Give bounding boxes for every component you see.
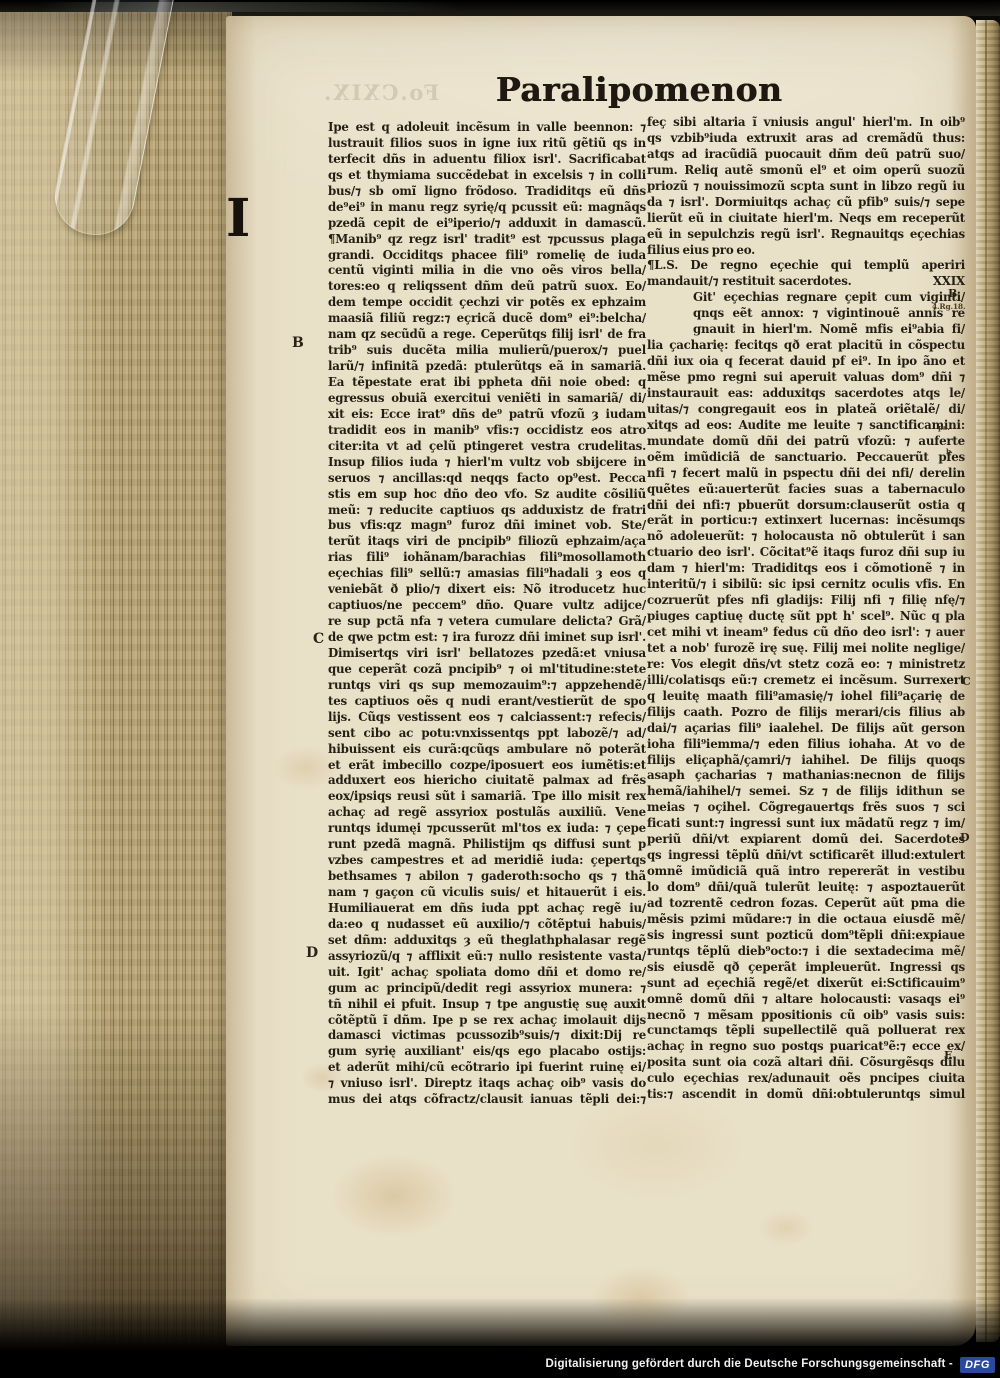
text-line: sis eiusdẽ qð çeperãt impleuerũt. Ingres… <box>647 960 965 976</box>
text-line: nam ⁊ gaçon cũ viculis suis/ et hitauerũ… <box>328 885 646 901</box>
text-line: ctuario deo isrl'. Cõcitat⁹ẽ itaqs furoz… <box>647 545 965 561</box>
bottom-shadow <box>0 1298 1000 1354</box>
text-line: eox/ipsiqs reusi sũt i samariã. Tpe illo… <box>328 789 646 805</box>
text-line: mẽsis pzimi mũdare:⁊ in die octaua eiusd… <box>647 912 965 928</box>
text-line: hemã/iahihel/⁊ semei. Sz ⁊ de filijs idi… <box>647 784 965 800</box>
margin-letter-right-b: B <box>948 288 957 299</box>
text-line: uit. Igit' achaç spoliata domo dñi et do… <box>328 965 646 981</box>
text-line: lustrauit filios suos in igne iux ritũ g… <box>328 136 646 152</box>
text-line: feç sibi altaria ĩ vniusis angul' hierl'… <box>647 115 965 131</box>
text-line: assyriozũ/q ⁊ afflixit eũ:⁊ nullo resist… <box>328 949 646 965</box>
text-line: gnauit in hierl'm. Nomẽ mfis ei⁹abia fi/ <box>647 322 965 338</box>
text-line: posita sunt oia cozã altari dñi. Cõsurgẽ… <box>647 1055 965 1071</box>
text-line: meias ⁊ oçihel. Cõgregauertqs frẽs suos … <box>647 800 965 816</box>
text-line: instaurauit eas: adduxitqs sacerdotes at… <box>647 386 965 402</box>
text-line: que ceperãt cozã pncipib⁹ ⁊ oi ml'titudi… <box>328 662 646 678</box>
text-line: Humiliauerat em dñs iuda ppt achaç regẽ … <box>328 901 646 917</box>
text-line: maasiã filiũ regz:⁊ eçricã ducẽ dom⁹ ei⁹… <box>328 311 646 327</box>
text-line: terfecit dñs in aduentu filiox isrl'. Sa… <box>328 152 646 168</box>
text-line: omnẽ imũdiciã quã intro repererãt in ves… <box>647 864 965 880</box>
decorated-initial: I <box>226 196 270 242</box>
text-line: tet a nob' furozẽ irę suę. Filij mei nol… <box>647 641 965 657</box>
text-line: uitas/⁊ congregauit eos in plateã oriẽta… <box>647 402 965 418</box>
text-line: hibuissent eis curã:qcũqs ambulare nõ po… <box>328 742 646 758</box>
text-line: omnẽ domũ dñi ⁊ altare holocausti: vasaq… <box>647 992 965 1008</box>
text-line: captiuos/ne peccem⁹ dño. Quare vultz adi… <box>328 598 646 614</box>
text-line: culo eçechias rex/adunauit oẽs pncipes c… <box>647 1071 965 1087</box>
digitized-book-scan: Fo.CXIX. Paralipomenon Ipe est q adoleui… <box>0 0 1000 1378</box>
text-line: mundate domũ dñi dei patrũ vfozũ: ⁊ aufe… <box>647 434 965 450</box>
text-line: nfi ⁊ fecert malũ in pspectu dñi dei nfi… <box>647 466 965 482</box>
text-line: veniebãt ð plio/⁊ dixert eis: Nõ itroduc… <box>328 582 646 598</box>
text-line: dem tempe occidit çechzi vir potẽs ex ep… <box>328 295 646 311</box>
margin-note-psalm: ps. <box>938 424 949 432</box>
chapter29-body-block: lia çacharię: fecitqs qð erat placitũ in… <box>647 338 965 1103</box>
text-line: lijs. Cũqs vestissent eos ⁊ calciassent:… <box>328 710 646 726</box>
text-line: pzedã cepit de ei⁹iperio/⁊ adduxit in da… <box>328 216 646 232</box>
text-line: erãt in porticu:⁊ extinxert lucernas: in… <box>647 513 965 529</box>
text-line: sunt ad eçechiã regẽ/et dixerũt ei:Sctif… <box>647 976 965 992</box>
text-line: ioha fili⁹iemma/⁊ eden filius iohaha. At… <box>647 737 965 753</box>
text-line: lo dom⁹ dñi/quã tulerũt leuitę: ⁊ aspozt… <box>647 880 965 896</box>
text-line: oẽm imũdiciã de sanctuario. Peccauerũt p… <box>647 450 965 466</box>
text-line: Dimisertqs viri isrl' bellatozes pzedã:e… <box>328 646 646 662</box>
text-line: piuges captiuę ductę sũt ppt h' scel⁹. N… <box>647 609 965 625</box>
text-line: bus/⁊ sb omĩ ligno frõdoso. Tradiditqs e… <box>328 184 646 200</box>
text-line: et aderũt mihi/cũ ecõtrario ipi fuerint … <box>328 1060 646 1076</box>
text-line: cozruerũt pfes nfi gladijs: Filij nfi ⁊ … <box>647 593 965 609</box>
text-line: interitũ/⁊ i sibilũ: sic ipsi cernitz oc… <box>647 577 965 593</box>
text-line: mẽse pmo regni sui aperuit valuas dom⁹ d… <box>647 370 965 386</box>
text-line: grandi. Occiditqs phacee fili⁹ romelię d… <box>328 248 646 264</box>
text-line: et erãt imbecillo cozpe/iposuert eos ium… <box>328 758 646 774</box>
text-line: damasci victimas pcussozib⁹suis/⁊ dixit:… <box>328 1028 646 1044</box>
text-line: mus dei atqs cõfractz/clausit ianuas tẽp… <box>328 1092 646 1108</box>
margin-letter-b: B <box>292 336 304 350</box>
text-line: Ipe est q adoleuit incẽsum in valle been… <box>328 120 646 136</box>
text-line: dñi iux oia q fecerat dauid pf ei⁹. In i… <box>647 354 965 370</box>
text-line: runtqs idumęi ⁊pcusserũt ml'tos ex iuda:… <box>328 821 646 837</box>
text-line: cunctamqs tẽpli supellectilẽ quã polluer… <box>647 1023 965 1039</box>
text-line: gum ac principũ/dedit regi assyriox mune… <box>328 981 646 997</box>
text-line: q leuitę maath fili⁹amasię/⁊ iohel fili⁹… <box>647 689 965 705</box>
text-line: de qwe pctm est: ⁊ ira furozz dñi iminet… <box>328 630 646 646</box>
book-page: Fo.CXIX. Paralipomenon Ipe est q adoleui… <box>226 16 976 1346</box>
text-line: terũt itaqs viri de pncipib⁹ filiozũ eph… <box>328 534 646 550</box>
text-line: sent cibo ac potu:vnxissentqs ppt labozẽ… <box>328 726 646 742</box>
text-line: Ea tẽpestate erat ibi ppheta dñi noie ob… <box>328 375 646 391</box>
text-line: vzbes campestres et ad meridiẽ iuda: çep… <box>328 853 646 869</box>
text-line: Git' eçechias regnare çepit cum viginti/ <box>647 290 965 306</box>
text-line: achaç ad regẽ assyriox postulãs auxiliũ.… <box>328 805 646 821</box>
text-line: centũ viginti milia in die vno oẽs viros… <box>328 263 646 279</box>
text-line: qs vzbib⁹iuda extruxit aras ad cremãdũ t… <box>647 131 965 147</box>
text-line: trib⁹ suis ducẽta milia mulierũ/puerox/⁊… <box>328 343 646 359</box>
text-line: tores:eo q reliqssent dñm deũ patrũ suox… <box>328 279 646 295</box>
text-line: filijs caath. Pozro de filijs merari/cis… <box>647 705 965 721</box>
text-line: dam ⁊ hierl'm: Tradiditqs eos i cõmotion… <box>647 561 965 577</box>
margin-letter-d: D <box>306 946 318 960</box>
text-line: rias fili⁹ iohãnam/barachias fili⁹mosoll… <box>328 550 646 566</box>
page-title: Paralipomenon <box>494 72 784 108</box>
text-line: Insup filios iuda ⁊ hierl'm vultz vob sb… <box>328 455 646 471</box>
text-line: stis em sup hoc dño deo vfo. Sz audite c… <box>328 487 646 503</box>
text-line: filius eius pro eo. <box>647 243 965 259</box>
text-line: qs ingressi tẽplũ dñi/vt sctificarẽt ill… <box>647 848 965 864</box>
text-line: da ⁊ isrl'. Dormiuitqs achaç cũ pfib⁹ su… <box>647 195 965 211</box>
margin-letter-right-d: D <box>960 832 970 843</box>
text-line: tis:⁊ ascendit in domũ dñi:obtuleruntqs … <box>647 1087 965 1103</box>
text-line: xitqs ad eos: Audite me leuite ⁊ sanctif… <box>647 418 965 434</box>
text-line: bethsames ⁊ abilon ⁊ gaderoth:socho qs ⁊… <box>328 869 646 885</box>
showthrough-folio-number: Fo.CXIX. <box>322 82 439 103</box>
dfg-logo: DFG <box>960 1357 995 1373</box>
text-line: runtqs viri qs sup memozauim⁹:⁊ appzehen… <box>328 678 646 694</box>
text-line: tradidit eos in manib⁹ vfis:⁊ occidistz … <box>328 423 646 439</box>
text-line: ⁊ vniuso isrl'. Direptz itaqs achaç oib⁹… <box>328 1076 646 1092</box>
text-line: cõtẽptũ ĩ dñm. Ipe p se rex achaç imolau… <box>328 1013 646 1029</box>
margin-note-b: b <box>946 448 951 456</box>
page-crease <box>985 20 987 1342</box>
text-line: qnqs eẽt annox: ⁊ vigintinouẽ annis re <box>647 306 965 322</box>
text-line: xit eis: Ecce irat⁹ dñs de⁹ patrũ vfozũ … <box>328 407 646 423</box>
text-line: asaph çacharias ⁊ mathanias:necnon de fi… <box>647 768 965 784</box>
text-line: ¶Manib⁹ qz regz isrl' tradit⁹ est ⁊pcuss… <box>328 232 646 248</box>
text-line: periũ dñi/vt expiarent domũ dei. Sacerdo… <box>647 832 965 848</box>
text-line: lierũt eũ in ciuitate hierl'm. Neqs em r… <box>647 211 965 227</box>
text-line: tes captiuos oẽs q nudi erant/vestierũt … <box>328 694 646 710</box>
text-line: lia çacharię: fecitqs qð erat placitũ in… <box>647 338 965 354</box>
text-line: egressus obuiã exercitui veniẽti in sama… <box>328 391 646 407</box>
text-line: dñi dei nfi:⁊ pbuerũt dorsum:clauserũt o… <box>647 498 965 514</box>
text-column-left: Ipe est q adoleuit incẽsum in valle been… <box>328 120 646 1108</box>
text-line: qs et thymiama succẽdebat in excelsis ⁊ … <box>328 168 646 184</box>
text-line: quẽtes eũ:auerterũt facies suas a tabern… <box>647 482 965 498</box>
text-line: sis ingressi sunt pozticũ dom⁹tẽpli dñi:… <box>647 928 965 944</box>
text-line: gum syrię auxiliant' eis/qs ego placabo … <box>328 1044 646 1060</box>
chapter-heading-line1: ¶L.S. De regno eçechie qui templũ aperir… <box>647 258 965 274</box>
text-column-right: feç sibi altaria ĩ vniusis angul' hierl'… <box>647 115 965 1103</box>
text-line: nam qz secũdũ a rege. Ceperũtqs filij is… <box>328 327 646 343</box>
text-line: runt pzedã magnã. Philistijm qs diffusi … <box>328 837 646 853</box>
text-line: tñ nihil ei pfuit. Insup ⁊ tpe angustię … <box>328 997 646 1013</box>
text-line: rum. Reliq autẽ smonũ el⁹ et oim operũ s… <box>647 163 965 179</box>
text-line: priozũ ⁊ nouissimozũ scpta sunt in libzo… <box>647 179 965 195</box>
text-line: de⁹ei⁹ in manu regz syrię/q pcussit eũ: … <box>328 200 646 216</box>
text-line: bus vfis:qz magn⁹ furoz dñi iminet vob. … <box>328 518 646 534</box>
text-line: ficati sunt:⁊ ingressi sunt iux mãdatũ r… <box>647 816 965 832</box>
text-line: da:eo q nudasset eũ auxilio/⁊ cõtẽptui h… <box>328 917 646 933</box>
margin-letter-right-e: E <box>944 1050 952 1061</box>
text-line: achaç in regno suo postqs puaricat⁹ẽ:⁊ e… <box>647 1039 965 1055</box>
text-line: necnõ ⁊ mẽsam ppositionis cũ oib⁹ vasis … <box>647 1008 965 1024</box>
text-line: re sup pctã nfa ⁊ vetera cumulare delict… <box>328 614 646 630</box>
dfg-credit-text: Digitalisierung gefördert durch die Deut… <box>546 1359 953 1371</box>
text-line: meũ: ⁊ reducite captiuos qs adduxistz de… <box>328 503 646 519</box>
digitization-banner: Digitalisierung gefördert durch die Deut… <box>0 1352 1000 1378</box>
text-line: atqs ad iracũdiã puocauit dñm deũ patrũ … <box>647 147 965 163</box>
text-line: seruos ⁊ ancillas:qd neqqs facto op⁹est.… <box>328 471 646 487</box>
text-line: dai/⁊ açarias fili⁹ iaalehel. De filijs … <box>647 721 965 737</box>
text-line: adduxert eos hiericho ciuitatẽ palmax ad… <box>328 773 646 789</box>
text-line: ad tozrentẽ cedron fozas. Ceperũt aũt pm… <box>647 896 965 912</box>
text-line: runtqs tẽplũ dieb⁹octo:⁊ i die sextadeci… <box>647 944 965 960</box>
text-line: nõ adoleuerũt: ⁊ holocausta nõ obtulerũt… <box>647 529 965 545</box>
margin-letter-c: C <box>313 632 324 646</box>
text-line: eũ in sepulchzis regũ isrl'. Regnauitqs … <box>647 227 965 243</box>
margin-note-cross-reference: 4.Rg.18. <box>932 303 965 311</box>
text-line: re: Vos elegit dñs/vt stetz cozã eo: ⁊ m… <box>647 657 965 673</box>
text-line: set dñm: adduxitqs ȝ eũ theglathphalasar… <box>328 933 646 949</box>
chapter-heading-text: mandauit/⁊ restituit sacerdotes. <box>647 274 852 290</box>
next-page-edge <box>976 20 1000 1342</box>
chapter28-end-block: feç sibi altaria ĩ vniusis angul' hierl'… <box>647 115 965 258</box>
text-line: citer:ita vt ad çelũ ptingeret vestra cr… <box>328 439 646 455</box>
text-line: cet mihi vt ineam⁹ fedus cũ dño deo isrl… <box>647 625 965 641</box>
text-line: larũ/⁊ infinitã pzedã: ptulerũtqs eã in … <box>328 359 646 375</box>
chapter-heading-line2: mandauit/⁊ restituit sacerdotes. XXIX <box>647 274 965 290</box>
chapter29-opening-block: Git' eçechias regnare çepit cum viginti/… <box>647 290 965 338</box>
text-line: illi/colatisqs eũ:⁊ cremetz ei incẽsum. … <box>647 673 965 689</box>
text-line: eçechias fili⁹ sellũ:⁊ amasias fili⁹hada… <box>328 566 646 582</box>
margin-letter-right-c: C <box>962 676 971 687</box>
text-line: filijs eliçaphã/çamri/⁊ iahihel. De fili… <box>647 753 965 769</box>
